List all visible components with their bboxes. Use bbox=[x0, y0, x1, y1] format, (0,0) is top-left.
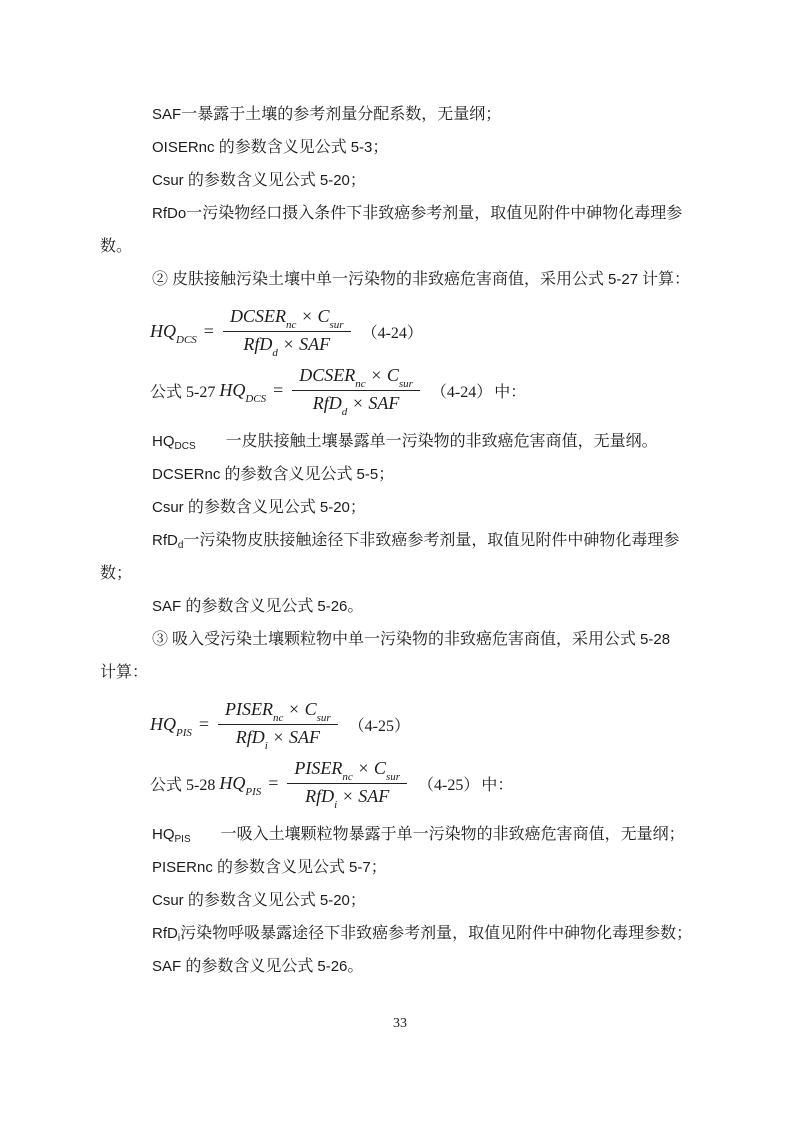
text-run: HQ bbox=[219, 380, 245, 400]
text-run: Csur bbox=[152, 499, 188, 516]
text-run: ； bbox=[371, 859, 387, 876]
text-run: × bbox=[278, 334, 299, 354]
equation-number: （4-25） bbox=[418, 772, 479, 795]
text-run: 数。 bbox=[100, 238, 132, 255]
text-run: HQ bbox=[152, 826, 175, 843]
text-run: RfD bbox=[243, 334, 272, 354]
text-run: ③ 吸入受污染土壤颗粒物中单一污染物的非致癌危害商值，采用公式 bbox=[152, 631, 640, 648]
text-run: 5-20 bbox=[320, 172, 350, 189]
text-run: HQ bbox=[150, 714, 176, 734]
text-line: SAF 的参数含义见公式 5-26。 bbox=[100, 590, 700, 623]
text-run: 5-26 bbox=[317, 958, 347, 975]
text-line: SAF 的参数含义见公式 5-26。 bbox=[100, 950, 700, 983]
text-run: 。 bbox=[347, 598, 363, 615]
text-run: 的参数含义见公式 bbox=[185, 958, 317, 975]
math-expression: HQDCS=DCSERnc × CsurRfDd × SAF（4-24） bbox=[150, 305, 423, 358]
text-run: 的参数含义见公式 bbox=[219, 139, 351, 156]
text-run: SAF bbox=[152, 958, 185, 975]
text-run: DCSER bbox=[299, 365, 355, 385]
text-run: 。 bbox=[347, 958, 363, 975]
subscript-text: DCS bbox=[175, 441, 196, 452]
text-run: 数； bbox=[100, 565, 132, 582]
equation-number: （4-24） bbox=[362, 320, 423, 343]
text-line: Csur 的参数含义见公式 5-20； bbox=[100, 491, 700, 524]
text-run: SAF bbox=[299, 334, 330, 354]
math-lhs: HQDCS bbox=[219, 380, 266, 401]
text-run: 的参数含义见公式 bbox=[225, 466, 357, 483]
subscript-text: i bbox=[265, 740, 268, 752]
fraction-denominator: RfDi × SAF bbox=[218, 725, 338, 751]
text-run: HQ bbox=[150, 321, 176, 341]
text-line: RfDo一污染物经口摄入条件下非致癌参考剂量，取值见附件中砷物化毒理参 bbox=[100, 197, 700, 230]
text-run: 5-20 bbox=[320, 892, 350, 909]
text-run: 计算： bbox=[638, 271, 690, 288]
subscript-text: d bbox=[272, 347, 278, 359]
text-line: SAF一暴露于土壤的参考剂量分配系数，无量纲； bbox=[100, 98, 700, 131]
text-run: PISER bbox=[225, 699, 273, 719]
text-run: 5-20 bbox=[320, 499, 350, 516]
formula: HQPIS=PISERnc × CsurRfDi × SAF（4-25） bbox=[100, 700, 700, 748]
page-number: 33 bbox=[0, 1016, 800, 1032]
text-line: Csur 的参数含义见公式 5-20； bbox=[100, 884, 700, 917]
document-content: SAF一暴露于土壤的参考剂量分配系数，无量纲；OISERnc 的参数含义见公式 … bbox=[100, 98, 700, 983]
text-run: ； bbox=[350, 892, 366, 909]
subscript-text: DCS bbox=[176, 334, 197, 346]
subscript-text: nc bbox=[286, 319, 296, 331]
text-run: 5-3 bbox=[351, 139, 373, 156]
text-run: HQ bbox=[152, 433, 175, 450]
formula-label: 公式 5-27 bbox=[150, 379, 215, 402]
subscript-text: d bbox=[178, 540, 184, 551]
text-run: ； bbox=[350, 499, 366, 516]
text-run: 的参数含义见公式 bbox=[185, 598, 317, 615]
fraction-denominator: RfDi × SAF bbox=[287, 784, 407, 810]
math-expression: HQDCS=DCSERnc × CsurRfDd × SAF（4-24）中： bbox=[219, 364, 526, 417]
text-run: × bbox=[337, 786, 358, 806]
equals-sign: = bbox=[273, 380, 283, 401]
text-run: DCSERnc bbox=[152, 466, 225, 483]
text-line: ② 皮肤接触污染土壤中单一污染物的非致癌危害商值，采用公式 5-27 计算： bbox=[100, 263, 700, 296]
text-run: 的参数含义见公式 bbox=[188, 172, 320, 189]
equals-sign: = bbox=[204, 321, 214, 342]
text-run: ② 皮肤接触污染土壤中单一污染物的非致癌危害商值，采用公式 bbox=[152, 271, 608, 288]
text-run: 污染物呼吸暴露途径下非致癌参考剂量，取值见附件中砷物化毒理参数； bbox=[180, 925, 692, 942]
text-run: RfD bbox=[305, 786, 334, 806]
text-run: ； bbox=[378, 466, 394, 483]
document-body: SAF一暴露于土壤的参考剂量分配系数，无量纲；OISERnc 的参数含义见公式 … bbox=[0, 0, 800, 983]
fraction-denominator: RfDd × SAF bbox=[292, 391, 420, 417]
text-run: C bbox=[305, 699, 317, 719]
math-expression: HQPIS=PISERnc × CsurRfDi × SAF（4-25） bbox=[150, 698, 410, 751]
math-lhs: HQPIS bbox=[150, 714, 192, 735]
equation-number: （4-25） bbox=[349, 713, 410, 736]
text-run: ； bbox=[350, 172, 366, 189]
text-run: SAF bbox=[152, 598, 185, 615]
text-run: × bbox=[296, 306, 317, 326]
fraction: DCSERnc × CsurRfDd × SAF bbox=[223, 305, 351, 358]
subscript-text: DCS bbox=[245, 393, 266, 405]
text-run: PISER bbox=[294, 758, 342, 778]
text-run: × bbox=[353, 758, 374, 778]
text-run: 5-5 bbox=[357, 466, 379, 483]
subscript-text: nc bbox=[355, 378, 365, 390]
text-line: DCSERnc 的参数含义见公式 5-5； bbox=[100, 458, 700, 491]
text-line: RfDd一污染物皮肤接触途径下非致癌参考剂量，取值见附件中砷物化毒理参 bbox=[100, 524, 700, 557]
text-run: SAF bbox=[358, 786, 389, 806]
text-run: ； bbox=[372, 139, 388, 156]
text-line: HQPIS一吸入土壤颗粒物暴露于单一污染物的非致癌危害商值，无量纲； bbox=[100, 818, 700, 851]
fraction-denominator: RfDd × SAF bbox=[223, 332, 351, 358]
fraction-numerator: DCSERnc × Csur bbox=[223, 305, 351, 332]
text-run: 一吸入土壤颗粒物暴露于单一污染物的非致癌危害商值，无量纲； bbox=[221, 826, 685, 843]
formula-label: 公式 5-28 bbox=[150, 772, 215, 795]
subscript-text: sur bbox=[386, 771, 400, 783]
equation-number: （4-24） bbox=[431, 379, 492, 402]
text-line: 数； bbox=[100, 557, 700, 590]
text-run: 5-27 bbox=[608, 271, 638, 288]
text-run: × bbox=[347, 393, 368, 413]
fraction-numerator: PISERnc × Csur bbox=[287, 757, 407, 784]
text-run: SAF bbox=[289, 727, 320, 747]
text-run: 的参数含义见公式 bbox=[188, 892, 320, 909]
text-run: 一污染物经口摄入条件下非致癌参考剂量，取值见附件中砷物化毒理参 bbox=[186, 205, 682, 222]
subscript-text: nc bbox=[342, 771, 352, 783]
text-run: RfD bbox=[313, 393, 342, 413]
text-run: × bbox=[366, 365, 387, 385]
equals-sign: = bbox=[199, 714, 209, 735]
text-line: PISERnc 的参数含义见公式 5-7； bbox=[100, 851, 700, 884]
formula: 公式 5-27HQDCS=DCSERnc × CsurRfDd × SAF（4-… bbox=[100, 366, 700, 414]
text-run: × bbox=[283, 699, 304, 719]
text-run: C bbox=[317, 306, 329, 326]
text-run: 的参数含义见公式 bbox=[217, 859, 349, 876]
text-line: OISERnc 的参数含义见公式 5-3； bbox=[100, 131, 700, 164]
subscript-text: sur bbox=[330, 319, 344, 331]
fraction-numerator: PISERnc × Csur bbox=[218, 698, 338, 725]
subscript-text: PIS bbox=[245, 786, 261, 798]
equals-sign: = bbox=[268, 773, 278, 794]
text-line: Csur 的参数含义见公式 5-20； bbox=[100, 164, 700, 197]
subscript-text: i bbox=[334, 799, 337, 811]
text-run: SAF bbox=[368, 393, 399, 413]
text-run: Csur bbox=[152, 172, 188, 189]
text-line: RfDi污染物呼吸暴露途径下非致癌参考剂量，取值见附件中砷物化毒理参数； bbox=[100, 917, 700, 950]
document-page: { "page": { "number": "33" }, "document"… bbox=[0, 0, 800, 1131]
formula: 公式 5-28HQPIS=PISERnc × CsurRfDi × SAF（4-… bbox=[100, 759, 700, 807]
text-line: HQDCS一皮肤接触土壤暴露单一污染物的非致癌危害商值，无量纲。 bbox=[100, 425, 700, 458]
text-line: 计算： bbox=[100, 656, 700, 689]
fraction-numerator: DCSERnc × Csur bbox=[292, 364, 420, 391]
math-lhs: HQPIS bbox=[219, 773, 261, 794]
text-run: 5-26 bbox=[317, 598, 347, 615]
text-run: 5-28 bbox=[640, 631, 670, 648]
text-run: × bbox=[268, 727, 289, 747]
text-run: 的参数含义见公式 bbox=[188, 499, 320, 516]
text-run: RfD bbox=[236, 727, 265, 747]
text-run: DCSER bbox=[230, 306, 286, 326]
text-run: Csur bbox=[152, 892, 188, 909]
subscript-text: PIS bbox=[176, 727, 192, 739]
text-run: 一皮肤接触土壤暴露单一污染物的非致癌危害商值，无量纲。 bbox=[226, 433, 658, 450]
subscript-text: sur bbox=[399, 378, 413, 390]
text-run: PISERnc bbox=[152, 859, 217, 876]
math-lhs: HQDCS bbox=[150, 321, 197, 342]
text-line: 数。 bbox=[100, 230, 700, 263]
math-expression: HQPIS=PISERnc × CsurRfDi × SAF（4-25）中： bbox=[219, 757, 513, 810]
text-run: 一污染物皮肤接触途径下非致癌参考剂量，取值见附件中砷物化毒理参 bbox=[183, 532, 679, 549]
text-run: C bbox=[374, 758, 386, 778]
text-run: RfDo bbox=[152, 205, 186, 222]
subscript-text: PIS bbox=[175, 834, 191, 845]
fraction: PISERnc × CsurRfDi × SAF bbox=[218, 698, 338, 751]
subscript-text: sur bbox=[317, 712, 331, 724]
formula: HQDCS=DCSERnc × CsurRfDd × SAF（4-24） bbox=[100, 307, 700, 355]
subscript-text: nc bbox=[273, 712, 283, 724]
fraction: PISERnc × CsurRfDi × SAF bbox=[287, 757, 407, 810]
subscript-text: d bbox=[342, 406, 348, 418]
text-run: HQ bbox=[219, 773, 245, 793]
formula-suffix: 中： bbox=[494, 379, 526, 402]
text-run: 一暴露于土壤的参考剂量分配系数，无量纲； bbox=[181, 106, 501, 123]
subscript-text: i bbox=[178, 933, 180, 944]
text-run: C bbox=[387, 365, 399, 385]
text-run: 5-7 bbox=[349, 859, 371, 876]
text-run: SAF bbox=[152, 106, 181, 123]
text-run: RfD bbox=[152, 925, 178, 942]
text-run: OISERnc bbox=[152, 139, 219, 156]
formula-suffix: 中： bbox=[481, 772, 513, 795]
fraction: DCSERnc × CsurRfDd × SAF bbox=[292, 364, 420, 417]
text-run: 计算： bbox=[100, 664, 148, 681]
text-run: RfD bbox=[152, 532, 178, 549]
text-line: ③ 吸入受污染土壤颗粒物中单一污染物的非致癌危害商值，采用公式 5-28 bbox=[100, 623, 700, 656]
